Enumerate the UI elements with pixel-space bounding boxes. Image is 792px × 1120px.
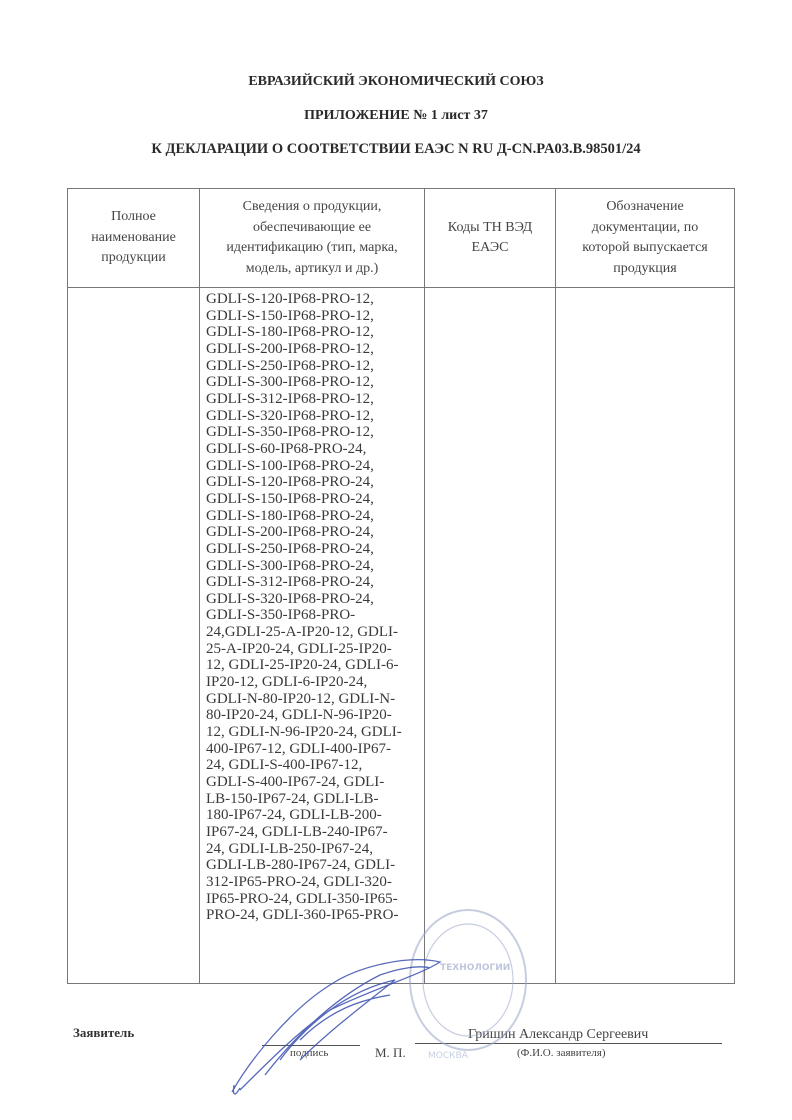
product-line: GDLI-S-180-IP68-PRO-24, — [206, 508, 422, 525]
product-line: 24, GDLI-S-400-IP67-12, — [206, 757, 422, 774]
product-line: LB-150-IP67-24, GDLI-LB- — [206, 791, 422, 808]
product-line: 12, GDLI-25-IP20-24, GDLI-6- — [206, 657, 422, 674]
appendix-title: ПРИЛОЖЕНИЕ № 1 лист 37 — [0, 108, 792, 124]
product-line: IP65-PRO-24, GDLI-350-IP65- — [206, 891, 422, 908]
product-line: GDLI-S-200-IP68-PRO-24, — [206, 524, 422, 541]
product-line: GDLI-S-150-IP68-PRO-12, — [206, 308, 422, 325]
product-line: IP20-12, GDLI-6-IP20-24, — [206, 674, 422, 691]
signature-line — [262, 1045, 360, 1046]
applicant-label: Заявитель — [73, 1025, 134, 1041]
product-line: GDLI-S-312-IP68-PRO-24, — [206, 574, 422, 591]
product-line: 24,GDLI-25-A-IP20-12, GDLI- — [206, 624, 422, 641]
product-line: GDLI-S-100-IP68-PRO-24, — [206, 458, 422, 475]
applicant-name: Гришин Александр Сергеевич — [468, 1027, 648, 1043]
product-line: GDLI-S-180-IP68-PRO-12, — [206, 324, 422, 341]
cell-full-name — [68, 288, 200, 984]
signature-caption: подпись — [290, 1047, 328, 1059]
product-line: IP67-24, GDLI-LB-240-IP67- — [206, 824, 422, 841]
column-header-documentation: Обозначение документации, по которой вып… — [556, 189, 735, 288]
cell-hs-codes — [425, 288, 556, 984]
product-line: GDLI-LB-280-IP67-24, GDLI- — [206, 857, 422, 874]
column-header-hs-codes: Коды ТН ВЭД ЕАЭС — [425, 189, 556, 288]
product-line: GDLI-S-320-IP68-PRO-24, — [206, 591, 422, 608]
product-line: GDLI-S-350-IP68-PRO-12, — [206, 424, 422, 441]
product-line: GDLI-S-250-IP68-PRO-24, — [206, 541, 422, 558]
product-line: GDLI-N-80-IP20-12, GDLI-N- — [206, 691, 422, 708]
declaration-title: К ДЕКЛАРАЦИИ О СООТВЕТСТВИИ ЕАЭС N RU Д-… — [0, 141, 792, 158]
table-row: GDLI-S-120-IP68-PRO-12,GDLI-S-150-IP68-P… — [68, 288, 735, 984]
column-header-full-name: Полное наименование продукции — [68, 189, 200, 288]
product-line: GDLI-S-120-IP68-PRO-24, — [206, 474, 422, 491]
product-line: GDLI-S-350-IP68-PRO- — [206, 607, 422, 624]
product-line: 312-IP65-PRO-24, GDLI-320- — [206, 874, 422, 891]
product-line: GDLI-S-60-IP68-PRO-24, — [206, 441, 422, 458]
product-line: 25-A-IP20-24, GDLI-25-IP20- — [206, 641, 422, 658]
name-line — [415, 1043, 722, 1044]
table-header-row: Полное наименование продукции Сведения о… — [68, 189, 735, 288]
product-line: GDLI-S-400-IP67-24, GDLI- — [206, 774, 422, 791]
product-line: GDLI-S-312-IP68-PRO-12, — [206, 391, 422, 408]
declaration-table: Полное наименование продукции Сведения о… — [67, 188, 735, 984]
product-line: PRO-24, GDLI-360-IP65-PRO- — [206, 907, 422, 924]
product-line: 12, GDLI-N-96-IP20-24, GDLI- — [206, 724, 422, 741]
product-line: 80-IP20-24, GDLI-N-96-IP20- — [206, 707, 422, 724]
svg-text:МОСКВА: МОСКВА — [428, 1051, 469, 1061]
product-line: GDLI-S-300-IP68-PRO-12, — [206, 374, 422, 391]
seal-label: М. П. — [375, 1045, 406, 1061]
union-title: ЕВРАЗИЙСКИЙ ЭКОНОМИЧЕСКИЙ СОЮЗ — [0, 74, 792, 90]
cell-documentation — [556, 288, 735, 984]
product-line: 400-IP67-12, GDLI-400-IP67- — [206, 741, 422, 758]
cell-product-info: GDLI-S-120-IP68-PRO-12,GDLI-S-150-IP68-P… — [200, 288, 425, 984]
product-line: GDLI-S-250-IP68-PRO-12, — [206, 358, 422, 375]
product-model-list: GDLI-S-120-IP68-PRO-12,GDLI-S-150-IP68-P… — [200, 288, 424, 983]
product-line: 24, GDLI-LB-250-IP67-24, — [206, 841, 422, 858]
product-line: GDLI-S-300-IP68-PRO-24, — [206, 558, 422, 575]
product-line: GDLI-S-320-IP68-PRO-12, — [206, 408, 422, 425]
product-line: GDLI-S-150-IP68-PRO-24, — [206, 491, 422, 508]
column-header-product-info: Сведения о продукции, обеспечивающие ее … — [200, 189, 425, 288]
name-caption: (Ф.И.О. заявителя) — [517, 1047, 606, 1059]
product-line: GDLI-S-120-IP68-PRO-12, — [206, 291, 422, 308]
product-line: 180-IP67-24, GDLI-LB-200- — [206, 807, 422, 824]
product-line: GDLI-S-200-IP68-PRO-12, — [206, 341, 422, 358]
